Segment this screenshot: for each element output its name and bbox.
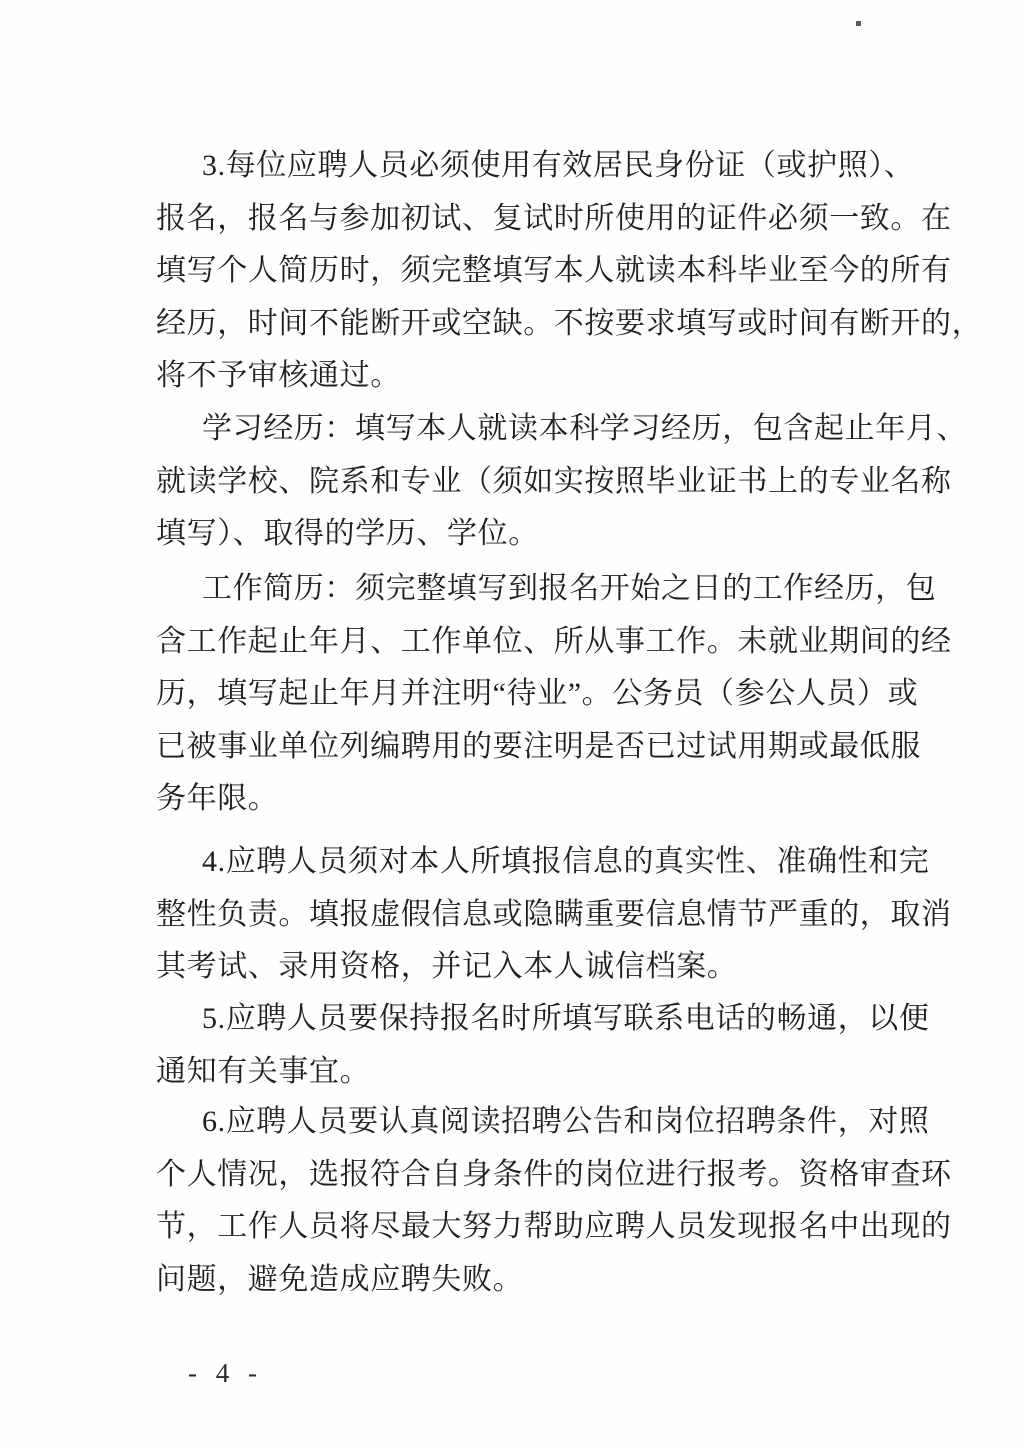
text-line: 工作简历：须完整填写到报名开始之日的工作经历，包 — [156, 563, 898, 616]
text-line: 其考试、录用资格，并记入本人诚信档案。 — [156, 941, 898, 994]
paragraph-item-5: 5.应聘人员要保持报名时所填写联系电话的畅通，以便 通知有关事宜。 — [156, 993, 898, 1098]
text-line: 6.应聘人员要认真阅读招聘公告和岗位招聘条件，对照 — [156, 1096, 898, 1149]
text-line: 经历，时间不能断开或空缺。不按要求填写或时间有断开的， — [156, 298, 898, 351]
paragraph-item-6: 6.应聘人员要认真阅读招聘公告和岗位招聘条件，对照 个人情况，选报符合自身条件的… — [156, 1096, 898, 1306]
text-line: 3.每位应聘人员必须使用有效居民身份证（或护照）、 — [156, 140, 898, 193]
text-line: 学习经历：填写本人就读本科学习经历，包含起止年月、 — [156, 403, 898, 456]
scanned-document-page: 3.每位应聘人员必须使用有效居民身份证（或护照）、 报名，报名与参加初试、复试时… — [0, 0, 1024, 1447]
text-line: 务年限。 — [156, 773, 898, 826]
scan-artifact-dot — [856, 21, 861, 26]
text-line: 就读学校、院系和专业（须如实按照毕业证书上的专业名称 — [156, 456, 898, 509]
text-line: 5.应聘人员要保持报名时所填写联系电话的畅通，以便 — [156, 993, 898, 1046]
text-line: 节，工作人员将尽最大努力帮助应聘人员发现报名中出现的 — [156, 1201, 898, 1254]
paragraph-item-3: 3.每位应聘人员必须使用有效居民身份证（或护照）、 报名，报名与参加初试、复试时… — [156, 140, 898, 403]
text-line: 通知有关事宜。 — [156, 1046, 898, 1099]
text-line: 填写个人简历时，须完整填写本人就读本科毕业至今的所有 — [156, 245, 898, 298]
text-line: 4.应聘人员须对本人所填报信息的真实性、准确性和完 — [156, 836, 898, 889]
text-line: 已被事业单位列编聘用的要注明是否已过试用期或最低服 — [156, 721, 898, 774]
paragraph-item-4: 4.应聘人员须对本人所填报信息的真实性、准确性和完 整性负责。填报虚假信息或隐瞒… — [156, 836, 898, 994]
text-line: 含工作起止年月、工作单位、所从事工作。未就业期间的经 — [156, 616, 898, 669]
text-line: 历，填写起止年月并注明“待业”。公务员（参公人员）或 — [156, 668, 898, 721]
text-line: 将不予审核通过。 — [156, 350, 898, 403]
paragraph-work-history: 工作简历：须完整填写到报名开始之日的工作经历，包 含工作起止年月、工作单位、所从… — [156, 563, 898, 826]
text-line: 报名，报名与参加初试、复试时所使用的证件必须一致。在 — [156, 193, 898, 246]
text-line: 问题，避免造成应聘失败。 — [156, 1254, 898, 1307]
page-number: - 4 - — [188, 1358, 263, 1389]
text-line: 个人情况，选报符合自身条件的岗位进行报考。资格审查环 — [156, 1149, 898, 1202]
paragraph-study-history: 学习经历：填写本人就读本科学习经历，包含起止年月、 就读学校、院系和专业（须如实… — [156, 403, 898, 561]
text-line: 整性负责。填报虚假信息或隐瞒重要信息情节严重的，取消 — [156, 889, 898, 942]
text-line: 填写）、取得的学历、学位。 — [156, 508, 898, 561]
